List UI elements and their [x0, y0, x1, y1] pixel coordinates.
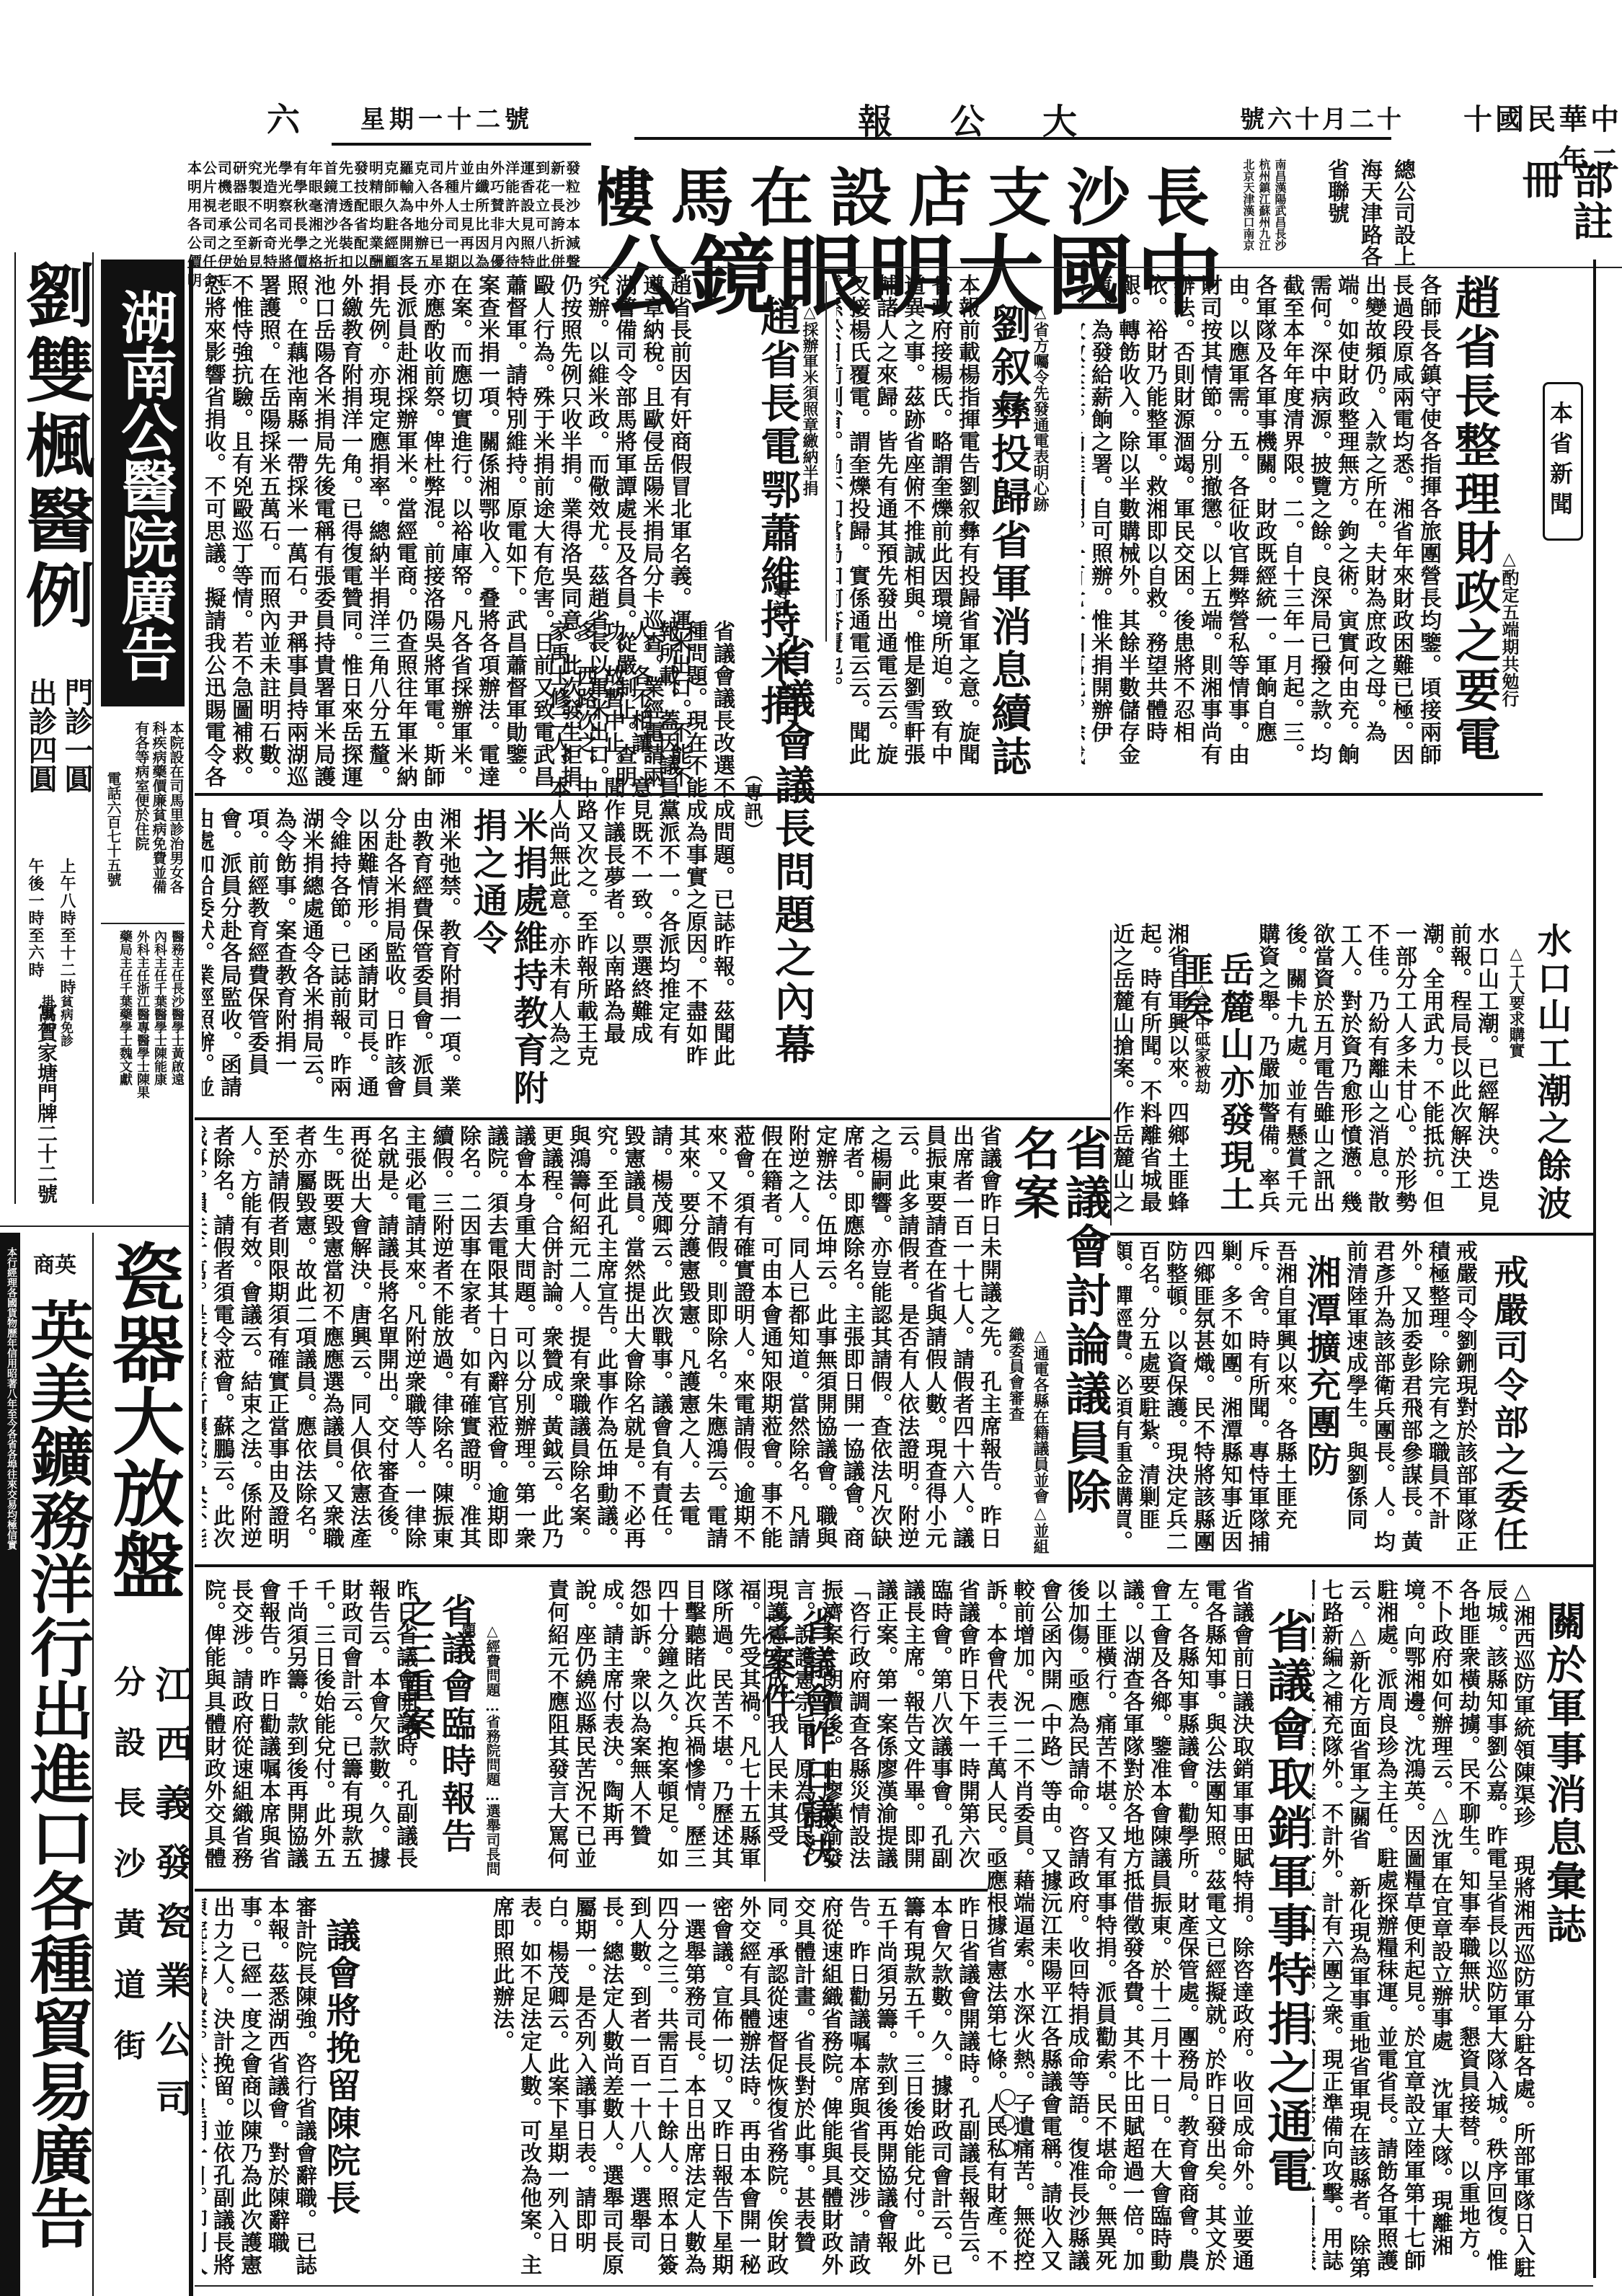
- article-body: 省議會前日議決取銷軍事田賦特捐。除咨達政府。收回成命外。並要通電各縣知事。與公法…: [988, 1579, 1254, 2285]
- hospital-phone: 電話六百七十五號: [102, 771, 124, 916]
- article-headline: 關於軍事消息彙誌: [1540, 1600, 1586, 2004]
- row-divider-2: [195, 1117, 1110, 1120]
- branch-cities-2: 杭州鎮江蘇州九江: [1256, 159, 1272, 267]
- article-subheadline: △酌定五端期共勉行: [1497, 548, 1521, 779]
- row-divider-1: [195, 793, 1543, 796]
- header-bottom-rule: [187, 267, 1622, 268]
- hospital-title: 湖南公醫院廣告: [101, 260, 185, 706]
- hospital-staff-4: 藥局主任千葉藥學士魏文獻: [114, 930, 136, 1146]
- article-body: 吾湘自軍興以來。各縣土匪充斥。舍。時有所聞。專恃軍隊捕剿。多不如團。湘潭縣知事近…: [1117, 1240, 1298, 1557]
- article-martial-law: 戒嚴司令部之委任 戒嚴司令劉鉶現對於該部軍隊正積極整理。除完有之職員不計外。又加…: [1341, 1240, 1586, 1557]
- article-headline: 戒嚴司令部之委任: [1488, 1254, 1528, 1557]
- article-body: 水口山工潮。已經解決。迭見前報。程局長以此次解決工潮。全用武力。不能抵抗。但一部…: [1254, 923, 1499, 1225]
- hospital-ad: 湖南公醫院廣告 本院設在司馬里診治男女各科疾病藥價廉貧病免費並備有各等病室便於住…: [101, 252, 187, 1204]
- article-body: 各師長各鎮守使各指揮各旅團營長均鑒。頃接兩師長過段原咸兩電均悉。湘省年來財政困難…: [1081, 274, 1442, 779]
- article-military-news: 關於軍事消息彙誌 △湘西巡防軍統領陳渠珍 現將湘西巡防軍分駐各處。所部軍隊日入駐…: [1312, 1579, 1586, 2285]
- article-headline: 湘潭擴充團防: [1300, 1254, 1341, 1557]
- article-body: 省議會昨日未開議之先。孔主席報告。昨日出席者一百一十七人。請假者四十六人。議員振…: [202, 1125, 1002, 1557]
- body-circle-marks: ○○○: [995, 2083, 1020, 2159]
- article-shuikoushan: 水口山工潮之餘波 △工人要求購實 水口山工潮。已經解決。迭見前報。程局長以此次解…: [1254, 923, 1572, 1225]
- porcelain-ad-subtitle-2: 分設長沙黃道街: [103, 1665, 149, 2285]
- masthead-bar: 六 星期一十二號 大公報 十二月十六號 中華民國十二年: [187, 94, 1622, 137]
- article-yuelushan: 岳麓山亦發現土匪矣 △江中砥家被劫 湘省自軍興以來。四鄉土匪蜂起。時有所聞。不料…: [1110, 923, 1254, 1225]
- article-assembly-three-cases-body: 昨日省議會開議時。孔副議長報告云。本會欠款數。久。據財政司會計云。已籌有現款五千…: [202, 1579, 418, 1881]
- row-divider-3: [195, 1564, 1593, 1567]
- house-call-value: 四圓: [24, 735, 58, 793]
- column-divider-1: [825, 281, 827, 642]
- article-body: 湘省自軍興以來。四鄉土匪蜂起。時有所聞。不料離省城最近之岳麓山搶案。作岳麓山之天…: [1110, 923, 1189, 1225]
- porcelain-ad-subtitle-1: 江西義發瓷業公司: [143, 1665, 198, 2285]
- article-body: 本報前載楊指揮電告劉叙彝有投歸省軍之意。旋聞省政府接楊氏。略謂奎爍前此因環境所迫…: [836, 274, 980, 779]
- hours-afternoon: 午後一時至六時: [25, 858, 47, 979]
- hospital-body: 本院設在司馬里診治男女各科疾病藥價廉貧病免費並備有各等病室便於住院: [130, 721, 185, 894]
- article-rice-education-levy: 米捐處維持教育附捐之通令 湘米弛禁。教育附捐一項。業由教育經費保管委員會。派員分…: [202, 807, 548, 1110]
- weekday-label: 星期一十二號: [360, 99, 533, 135]
- article-body: 省議會議長改選不成問題。已誌昨報。茲聞此種問題。現在不能成為事實之原因。不盡如昨…: [548, 620, 735, 1081]
- issue-number: 十二月十六號: [1240, 99, 1404, 135]
- registration-sub: 總公司設上海天津路各省聯號: [1319, 159, 1419, 274]
- article-subheadline: △江中砥家被劫: [1189, 980, 1214, 1225]
- paper-name: 大公報: [858, 94, 1135, 143]
- row-divider-4: [195, 1889, 988, 1892]
- row-divider-2b: [1110, 1233, 1593, 1236]
- article-assembly-speaker-block: 省議會議長問題之內幕 （專訊） 省議會議長改選不成問題。已誌昨報。茲聞此種問題。…: [548, 620, 822, 1110]
- article-intro: [1528, 1240, 1586, 1557]
- masthead-rule-left: [332, 143, 591, 146]
- doctor-name: 劉雙楓醫例: [17, 260, 92, 663]
- article-headline: 米捐處維持教育附捐之通令: [469, 807, 548, 1110]
- article-assembly-expulsion: 省議會討論議員除名案 △通電各縣在籍議員並會△並組織委員會審查 省議會昨日未開議…: [202, 1125, 1110, 1557]
- article-subheadline: △工人要求購實: [1504, 944, 1528, 1218]
- article-headline: 趙省長整理財政之要電: [1448, 274, 1499, 779]
- article-headline: 省議會取銷軍事特捐之通電: [1260, 1608, 1312, 2285]
- article-subheadline: △經費問題…省務院問題…選舉司長問題: [469, 1622, 505, 1881]
- page-right-border: [1593, 260, 1596, 2278]
- branch-cities-3: 南昌漢陽武昌長沙: [1272, 159, 1288, 267]
- trading-ad-label: 英商: [33, 1247, 76, 1305]
- article-body: △湘西巡防軍統領陳渠珍 現將湘西巡防軍分駐各處。所部軍隊日入駐辰城。該縣知事劉公…: [1312, 1579, 1535, 2285]
- branch-cities-1: 北京天津漢口南京: [1240, 159, 1257, 267]
- house-call-label: 出診: [24, 678, 58, 735]
- trading-ad-small-text: 本行經理各國貨物歷年信用昭著八年至今各省各埠往來交易均極信實: [1, 1247, 19, 2256]
- article-body: 湘米弛禁。教育附捐一項。業由教育經費保管委員會。派員分赴各米捐局監收。日昨該會以…: [202, 807, 461, 1110]
- porcelain-ad: 瓷器大放盤 江西義發瓷業公司 分設長沙黃道街: [97, 1233, 187, 2296]
- doctor-address: 寓賀家塘門牌二十二號: [32, 1002, 61, 1204]
- house-call-fee: 出診四圓: [20, 678, 61, 793]
- article-headline: 省議會議長問題之內幕: [768, 634, 815, 1110]
- consult-fee-label: 門診: [60, 678, 94, 735]
- article-liu-xuyi: 劉叙彝投歸省軍消息續誌 △省方囑令先發通電表明心跡 本報前載楊指揮電告劉叙彝有投…: [836, 274, 1081, 779]
- hours-morning: 上午八時至十二時: [56, 858, 79, 996]
- registration-block: 北京天津漢口南京 杭州鎮江蘇州九江 南昌漢陽武昌長沙 總公司設上海天津路各省聯號…: [1240, 159, 1622, 274]
- article-headline: 水口山工潮之餘波: [1531, 923, 1572, 1225]
- article-headline: 省議會討論議員除名案: [1052, 1125, 1110, 1557]
- trading-ad: 本行經理各國貨物歷年信用昭著八年至今各省各埠往來交易均極信實 英商 英美鑛務洋行…: [0, 1233, 94, 2296]
- registration-top: 農商部註冊: [1514, 159, 1622, 274]
- page-number: 六: [267, 94, 300, 141]
- article-subheadline: △省方囑令先發通電表明心跡: [1028, 303, 1052, 779]
- consult-fee-value: 一圓: [60, 735, 94, 793]
- consult-fee: 門診一圓: [56, 678, 97, 793]
- article-xiangtan-defense: 湘潭擴充團防 吾湘自軍興以來。各縣土匪充斥。舍。時有所聞。專恃軍隊捕剿。多不如團…: [1117, 1240, 1341, 1557]
- article-subheadline: △通電各縣在籍議員並會△並組織委員會審查: [1009, 1326, 1052, 1557]
- article-body: 審計院長陳強。咨行省議會辭職。已誌本報。茲悉湖西省議會。對於陳辭職事。已經一度之…: [202, 1896, 317, 2285]
- article-cancel-military-levy: 省議會取銷軍事特捐之通電 省議會前日議決取銷軍事田賦特捐。除咨達政府。收回成命外…: [988, 1579, 1312, 2285]
- article-body: 戒嚴司令劉鉶現對於該部軍隊正積極整理。除完有之職員不計外。又加委彭君飛部參謀長。…: [1341, 1240, 1478, 1557]
- trading-ad-title: 英美鑛務洋行出進口各種貿易廣告: [23, 1298, 92, 2296]
- article-assembly-three-cases-continued: 昨日省議會開議時。孔副議長報告云。本會欠款數。久。據財政司會計云。已籌有現款五千…: [346, 1896, 980, 2285]
- article-headline: 劉叙彝投歸省軍消息續誌: [985, 303, 1031, 779]
- masthead-rule-center: [634, 137, 1391, 140]
- article-dateline: （專訊）: [740, 764, 764, 839]
- page-bottom-rule: [195, 2285, 1593, 2287]
- glasses-ad-line1: 長沙支店設在馬樓: [598, 162, 1226, 234]
- left-ads-middle-rule: [0, 1225, 189, 1227]
- doctor-ad: 劉雙楓醫例 門診一圓 出診四圓 上午八時至十二時 午後一時至六時 貧病免診 掛號…: [14, 252, 94, 1204]
- porcelain-ad-title: 瓷器大放盤: [103, 1240, 182, 1644]
- hospital-divider: [101, 923, 185, 924]
- article-zhao-finance: 趙省長整理財政之要電 △酌定五端期共勉行 各師長各鎮守使各指揮各旅團營長均鑒。頃…: [1081, 274, 1586, 779]
